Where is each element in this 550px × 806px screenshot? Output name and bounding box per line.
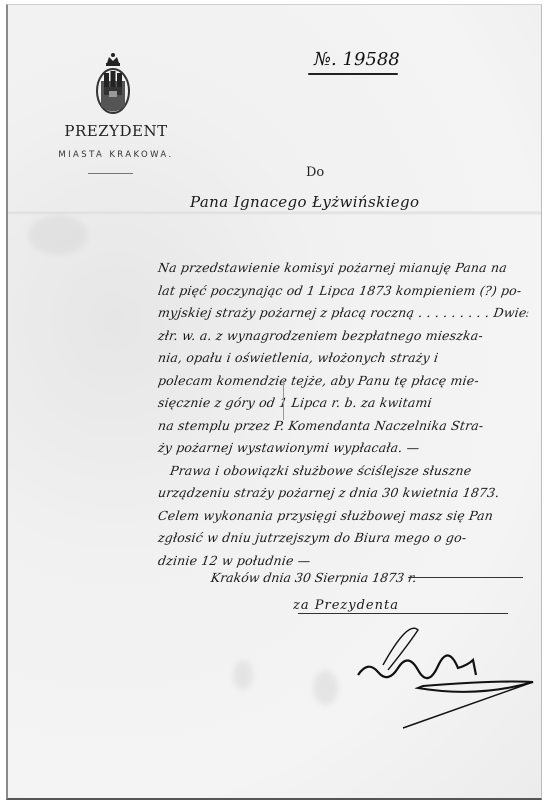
body-line: na stemplu przez P. Komendanta Naczelnik… [156,415,529,438]
margin-mark [283,380,284,420]
place-date: Kraków dnia 30 Sierpnia 1873 r. [210,570,418,585]
reference-label: №. [314,49,337,70]
krakow-coat-of-arms-icon [95,51,131,117]
body-line: Prawa i obowiązki służbowe ściślejsze sł… [156,460,529,483]
salutation-to: Do [306,165,324,180]
body-line: urządzeniu straży pożarnej z dnia 30 kwi… [156,482,529,505]
paper-fold [8,211,541,215]
letter-page: PREZYDENT MIASTA KRAKOWA. №. 19588 Do Pa… [6,4,542,800]
letterhead-subtitle: MIASTA KRAKOWA. [46,150,186,160]
body-line: lat pięć poczynając od 1 Lipca 1873 komp… [156,280,529,303]
handwritten-signature-icon [348,620,538,730]
body-line: sięcznie z góry od 1 Lipca r. b. za kwit… [156,392,529,415]
letterhead-title: PREZYDENT [60,122,172,140]
paper-stain [28,215,88,255]
letter-body: Na przedstawienie komisyi pożarnej mianu… [158,257,528,572]
reference-underline [308,73,398,75]
signoff: za Prezydenta [293,598,399,613]
body-line: Celem wykonania przysięgi służbowej masz… [156,505,529,528]
paper-stain [233,660,253,690]
body-line: ży pożarnej wystawionymi wypłacała. — [156,437,529,460]
addressee-name: Pana Ignacego Łyżwińskiego [190,193,419,211]
date-underline [408,577,523,578]
body-line: dzinie 12 w południe — [156,550,529,573]
signoff-underline [298,613,508,614]
body-line: zgłosić w dniu jutrzejszym do Biura mego… [156,527,529,550]
body-line: Na przedstawienie komisyi pożarnej mianu… [156,257,529,280]
body-line: polecam komendzie tejże, aby Panu tę pła… [156,370,529,393]
paper-stain [313,670,338,705]
reference-number: №. 19588 [314,49,400,70]
reference-value: 19588 [343,49,400,70]
body-line: złr. w. a. z wynagrodzeniem bezpłatnego … [156,325,529,348]
body-line: nia, opału i oświetlenia, włożonych stra… [156,347,529,370]
letterhead-divider [88,173,133,174]
body-line: myjskiej straży pożarnej z płacą roczną … [156,302,529,325]
